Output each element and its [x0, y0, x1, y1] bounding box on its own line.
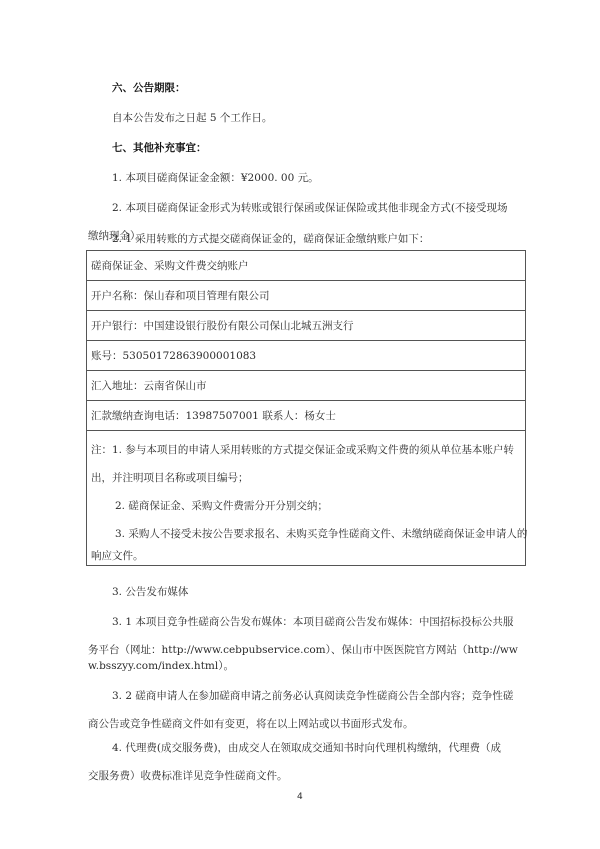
transfer-intro: 2. 1 采用转账的方式提交磋商保证金的，磋商保证金缴纳账户如下：	[112, 232, 429, 246]
deposit-form-line1: 2. 本项目磋商保证金形式为转账或银行保函或保证保险或其他非现金方式(不接受现场	[112, 201, 507, 215]
agency-fee-line2: 交服务费）收费标准详见竞争性磋商文件。	[88, 769, 288, 783]
cell-text: 开户名称：保山春和项目管理有限公司	[91, 288, 270, 303]
table-row-bank: 开户银行：中国建设银行股份有限公司保山北城五洲支行	[87, 311, 525, 341]
section6-text: 自本公告发布之日起 5 个工作日。	[112, 111, 272, 125]
cell-text: 汇入地址：云南省保山市	[91, 378, 207, 393]
media-p32-line1: 3. 2 磋商申请人在参加磋商申请之前务必认真阅读竞争性磋商公告全部内容；竞争性…	[112, 689, 513, 703]
section6-heading: 六、公告期限：	[112, 81, 186, 95]
account-table: 磋商保证金、采购文件费交纳账户 开户名称：保山春和项目管理有限公司 开户银行：中…	[86, 250, 526, 566]
note1-line2: 出，并注明项目名称或项目编号；	[91, 471, 249, 485]
note2: 2. 磋商保证金、采购文件费需分开分别交纳；	[115, 499, 328, 513]
media-p31-line2: 务平台（网址：http://www.cebpubservice.com）、保山市…	[88, 643, 518, 657]
page-number: 4	[297, 792, 303, 802]
agency-fee-line1: 4. 代理费(成交服务费)，由成交人在领取成交通知书时向代理机构缴纳，代理费（成	[112, 741, 501, 755]
table-row-contact: 汇款缴纳查询电话：13987507001 联系人：杨女士	[87, 401, 525, 431]
section7-heading: 七、其他补充事宜：	[112, 141, 207, 155]
table-row-account-name: 开户名称：保山春和项目管理有限公司	[87, 281, 525, 311]
cell-text: 磋商保证金、采购文件费交纳账户	[91, 258, 249, 273]
table-row-account-number: 账号：53050172863900001083	[87, 341, 525, 371]
deposit-amount: 1. 本项目磋商保证金金额：¥2000. 00 元。	[112, 171, 319, 185]
media-heading: 3. 公告发布媒体	[112, 585, 188, 599]
cell-text: 账号：53050172863900001083	[91, 348, 256, 363]
media-p31-line1: 3. 1 本项目竞争性磋商公告发布媒体：本项目磋商公告发布媒体：中国招标投标公共…	[112, 615, 513, 629]
media-p31-line3: w.bsszyy.com/index.html）。	[88, 659, 234, 673]
cell-text: 汇款缴纳查询电话：13987507001 联系人：杨女士	[91, 408, 336, 423]
table-row-address: 汇入地址：云南省保山市	[87, 371, 525, 401]
cell-text: 开户银行：中国建设银行股份有限公司保山北城五洲支行	[91, 318, 354, 333]
note3-line2: 响应文件。	[91, 549, 144, 563]
note1-line1: 注：1. 参与本项目的申请人采用转账的方式提交保证金或采购文件费的须从单位基本账…	[91, 443, 514, 457]
media-p32-line2: 商公告或竞争性磋商文件如有变更，将在以上网站或以书面形式发布。	[88, 717, 414, 731]
table-row-title: 磋商保证金、采购文件费交纳账户	[87, 251, 525, 281]
note3-line1: 3. 采购人不接受未按公告要求报名、未购买竞争性磋商文件、未缴纳磋商保证金申请人…	[115, 527, 527, 541]
table-notes: 注：1. 参与本项目的申请人采用转账的方式提交保证金或采购文件费的须从单位基本账…	[87, 431, 525, 565]
